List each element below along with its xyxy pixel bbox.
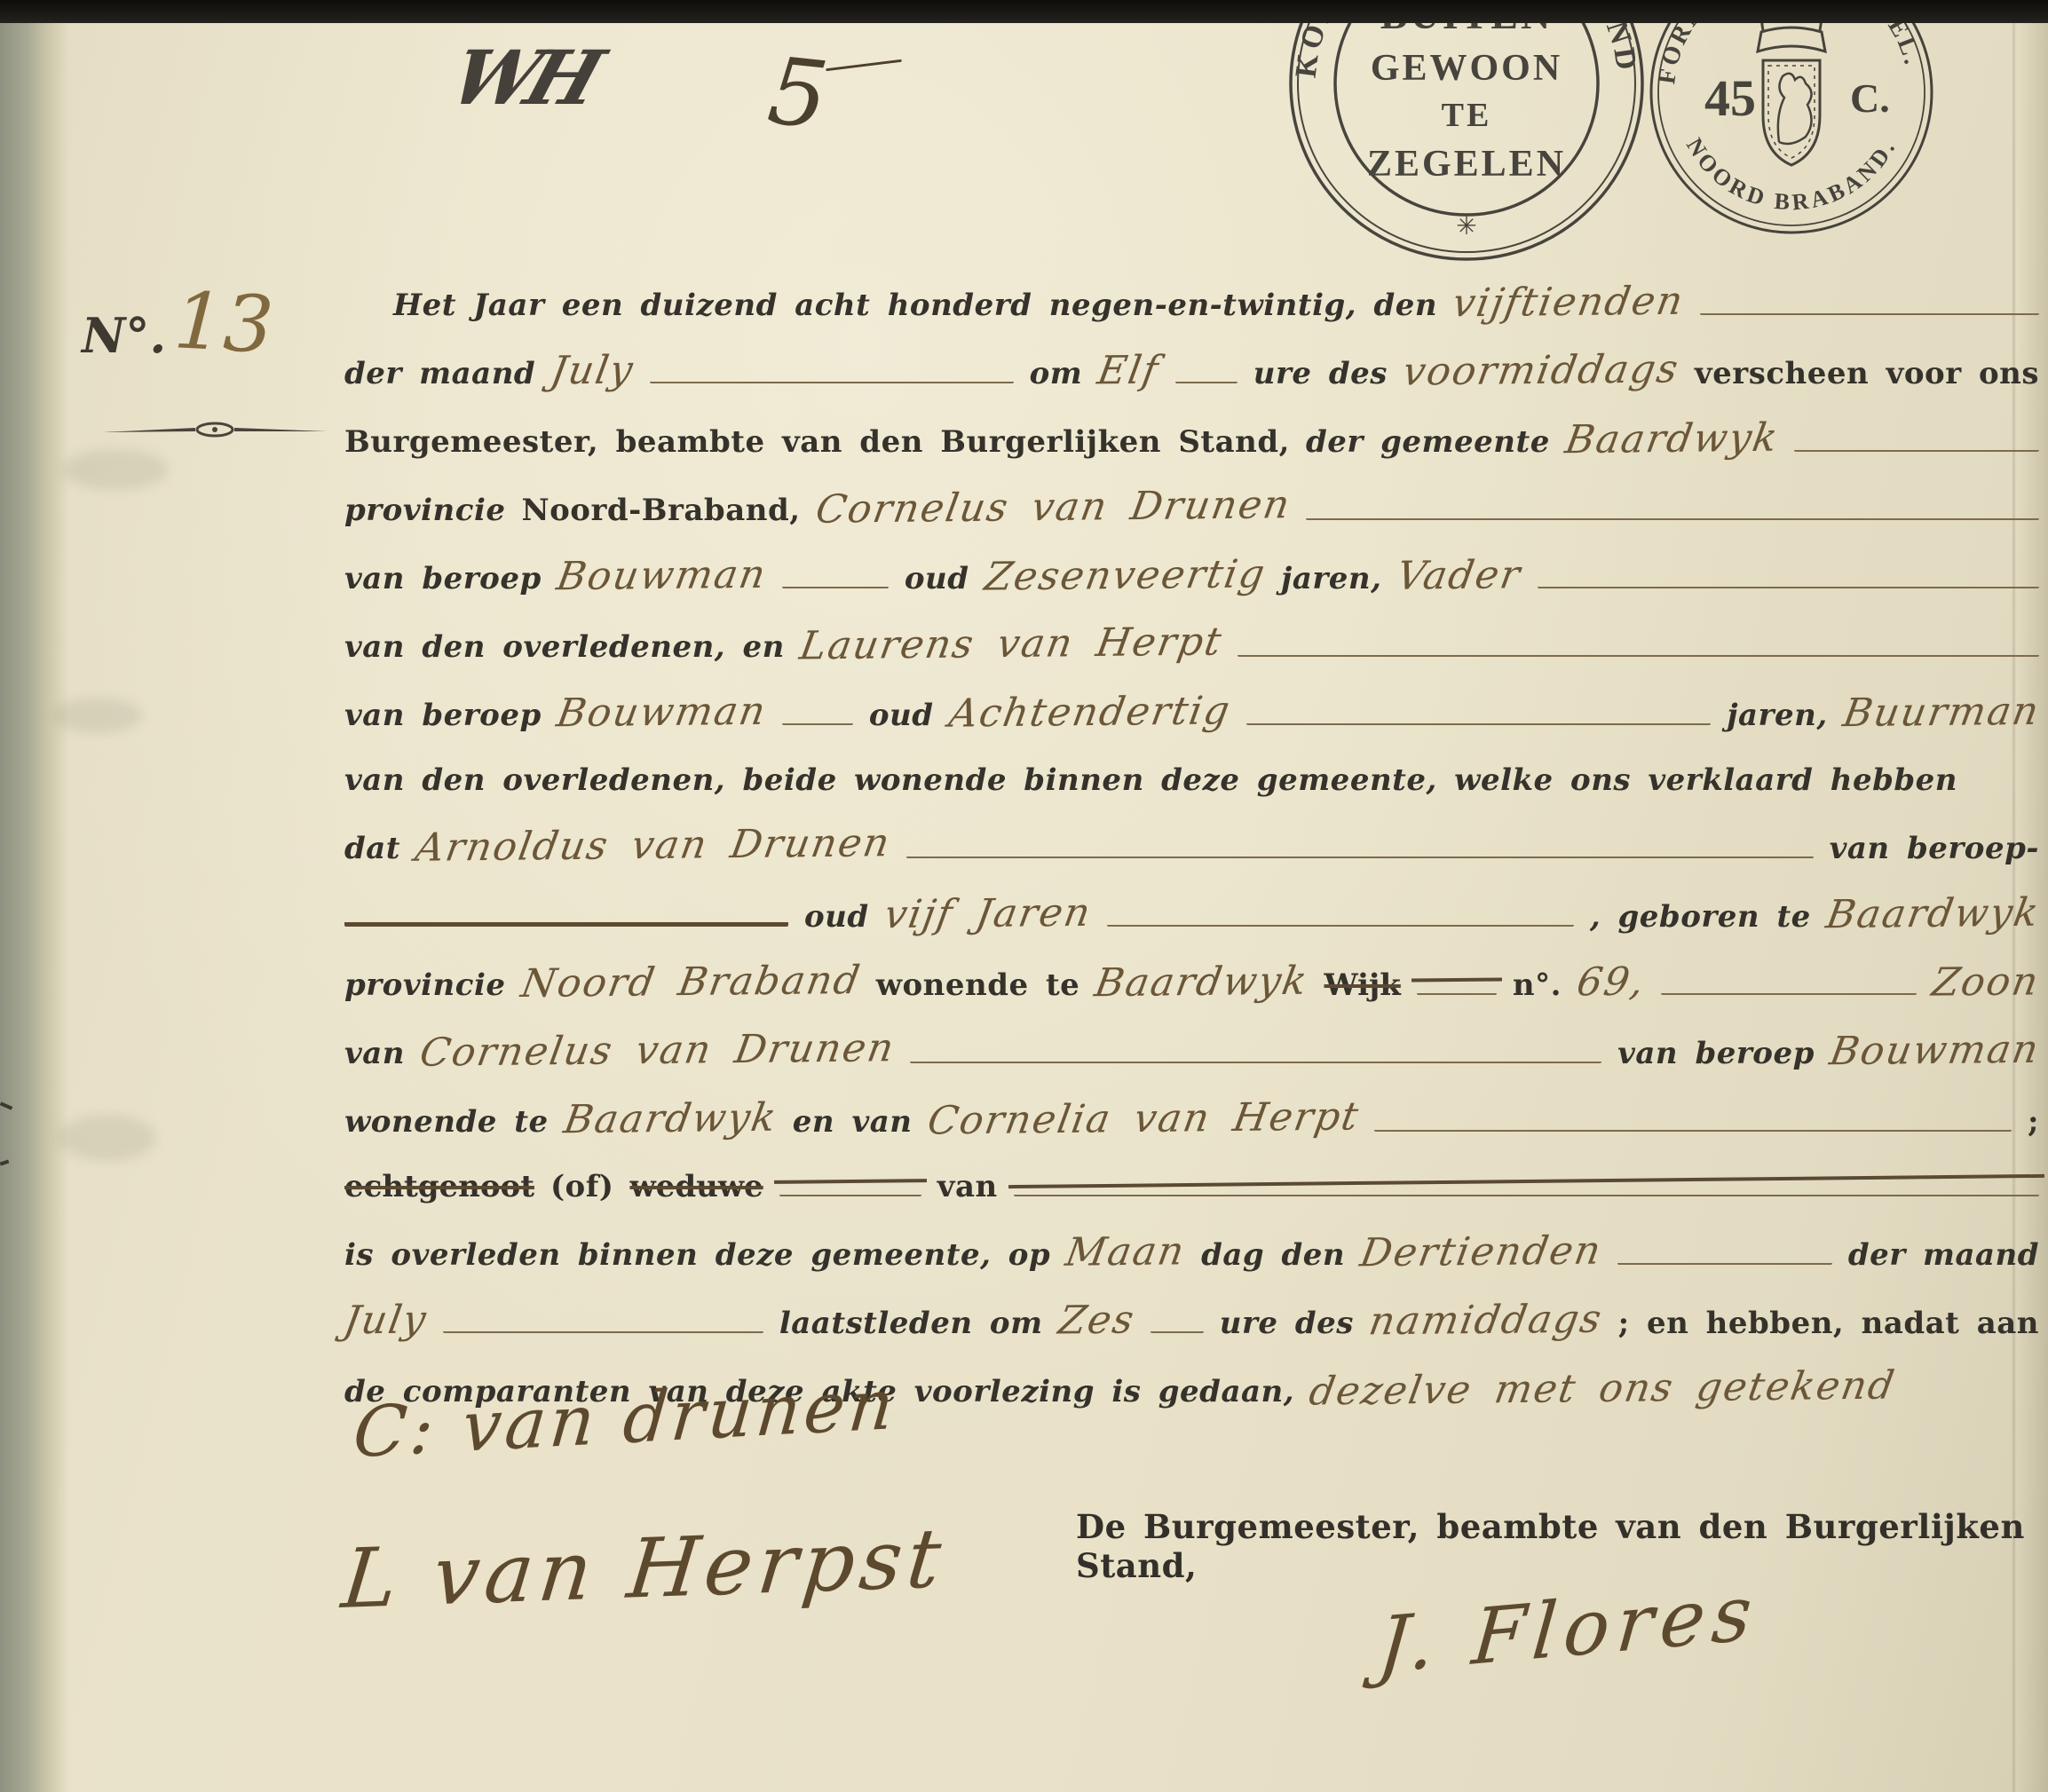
svg-text:NOORD BRABAND.: NOORD BRABAND.	[1681, 133, 1902, 215]
printed-text: verscheen voor ons	[1695, 354, 2039, 394]
handwritten-entry: dezelve met ons getekend	[1307, 1366, 1899, 1412]
scanned-death-certificate: WH 5 KONINGRYK NEDERLANDEN ✳ BUITEN	[0, 0, 2048, 1792]
printed-text: provincie	[344, 491, 506, 531]
printed-text: Het Jaar een duizend acht honderd negen-…	[393, 286, 1437, 326]
printed-text: jaren,	[1281, 559, 1381, 599]
handwritten-entry: July	[341, 1300, 431, 1341]
struck-printed-text: echtgenoot	[344, 1167, 534, 1207]
printed-text: der gemeente	[1306, 422, 1550, 462]
body-line: der maandJulyomElfure desvoormiddagsvers…	[344, 351, 2039, 394]
handwritten-entry: Bouwman	[554, 555, 770, 596]
handwritten-entry: Bouwman	[1827, 1030, 2043, 1071]
struck-blank-rule	[1014, 1184, 2039, 1196]
printed-text: van	[937, 1167, 998, 1207]
body-line: vanCornelus van Drunenvan beroepBouwman	[344, 1030, 2039, 1074]
blank-rule	[1175, 371, 1237, 383]
handwritten-entry: Noord Braband	[518, 960, 863, 1004]
handwritten-entry: Maan	[1063, 1231, 1189, 1272]
handwritten-entry: voormiddags	[1400, 349, 1682, 391]
body-line: van beroepBouwmanoudAchtendertigjaren,Bu…	[344, 692, 2039, 736]
blank-rule	[1151, 1321, 1204, 1333]
printed-text: ure des	[1220, 1304, 1354, 1344]
act-number-label: N°.	[82, 307, 166, 364]
stamp-center-line: ZEGELEN	[1367, 144, 1566, 185]
stamp-value: 45	[1704, 69, 1756, 127]
printed-text: van den overledenen, en	[344, 628, 785, 667]
body-line: wonende teBaardwyken vanCornelia van Her…	[344, 1099, 2039, 1142]
blank-rule	[1246, 713, 1712, 725]
svg-text:✳: ✳	[1456, 211, 1476, 241]
printed-text: dag den	[1201, 1235, 1345, 1275]
blank-rule	[906, 846, 1814, 858]
printed-text: provincie	[344, 966, 506, 1006]
handwritten-entry: July	[548, 351, 637, 391]
printed-text: ; en hebben, nadat aan	[1618, 1304, 2039, 1344]
page-left-edge	[0, 23, 69, 1792]
printed-text: , geboren te	[1590, 897, 1811, 937]
revenue-stamp: FORMAAT ZEGEL. NOORD BRABAND. 45	[1641, 23, 1942, 243]
printed-text: om	[1030, 354, 1083, 394]
handwritten-entry: vijftienden	[1450, 281, 1687, 324]
stamp-currency: C.	[1850, 75, 1890, 121]
handwritten-entry: vijf Jaren	[882, 893, 1095, 935]
body-line: provincieNoord-Braband,Cornelus van Drun…	[344, 487, 2039, 531]
struck-blank-rule	[1417, 983, 1497, 995]
svg-text:ZEGEL.: ZEGEL.	[1838, 23, 1927, 69]
printed-text: n°.	[1513, 966, 1562, 1006]
printed-text: van beroep	[344, 696, 542, 736]
stamp-center-line: TE	[1442, 97, 1492, 134]
struck-printed-text: Wijk	[1324, 966, 1400, 1006]
handwritten-entry: Arnoldus van Drunen	[413, 823, 894, 868]
page-number: 5	[763, 36, 834, 150]
printed-text: oud	[905, 559, 969, 599]
struck-blank-rule	[779, 1184, 921, 1196]
printed-text: wonende te	[876, 966, 1080, 1006]
stamp-center-line: GEWOON	[1371, 48, 1562, 89]
act-number: 13	[171, 274, 275, 371]
page-number-flourish	[826, 59, 902, 71]
blank-rule	[1538, 576, 2039, 588]
handwritten-entry: Laurens van Herpt	[797, 622, 1226, 667]
stamp-ornament-icon: ✳	[1456, 211, 1476, 241]
blank-rule	[910, 1051, 1601, 1063]
body-line: van den overledenen, beide wonende binne…	[344, 761, 2039, 801]
handwritten-entry: Baardwyk	[561, 1098, 780, 1141]
printed-text: jaren,	[1727, 696, 1827, 736]
printed-text: dat	[344, 829, 400, 869]
struck-printed-text: weduwe	[629, 1167, 763, 1207]
handwritten-entry: Baardwyk	[1823, 893, 2043, 935]
handwritten-entry: Baardwyk	[1562, 418, 1782, 461]
printed-text: (of)	[550, 1167, 613, 1207]
ink-smudge	[53, 698, 142, 733]
blank-rule	[1700, 303, 2039, 315]
printed-text: der maand	[344, 354, 535, 394]
printed-text: ;	[2028, 1102, 2039, 1142]
body-line: Het Jaar een duizend acht honderd negen-…	[344, 282, 2039, 326]
handwritten-entry: Vader	[1395, 555, 1525, 596]
printed-text: van beroep-	[1830, 829, 2039, 869]
handwritten-entry: 69,	[1574, 962, 1649, 1003]
handwritten-entry: Cornelus van Drunen	[812, 485, 1293, 530]
printed-text: Burgemeester, beambte van den Burgerlijk…	[344, 422, 1290, 462]
body-line: datArnoldus van Drunenvan beroep-	[344, 825, 2039, 869]
body-line: Burgemeester, beambte van den Burgerlijk…	[344, 419, 2039, 462]
printed-text: oud	[869, 696, 934, 736]
stamp-ring-bottom-text: NOORD BRABAND.	[1681, 133, 1902, 215]
body-lines: Het Jaar een duizend acht honderd negen-…	[344, 282, 2039, 1437]
stamp-center-line: BUITEN	[1380, 23, 1553, 37]
handwritten-entry: Zoon	[1929, 961, 2043, 1002]
printed-text: oud	[804, 897, 869, 937]
divider-flourish-icon	[99, 421, 330, 440]
handwritten-entry: Zesenveertig	[982, 554, 1269, 596]
handwritten-entry: Elf	[1095, 351, 1162, 391]
printed-text: der maand	[1848, 1235, 2039, 1275]
printed-text: en van	[793, 1102, 913, 1142]
printed-text: van den overledenen, beide wonende binne…	[344, 761, 1957, 801]
blank-rule	[782, 576, 889, 588]
body-line: van den overledenen, enLaurens van Herpt	[344, 624, 2039, 667]
blank-rule	[443, 1321, 763, 1333]
blank-rule	[1237, 644, 2039, 657]
lion-shield-icon	[1763, 60, 1820, 165]
handwritten-entry: Baardwyk	[1092, 961, 1311, 1004]
handwritten-entry: Zes	[1056, 1300, 1138, 1341]
blank-rule	[1794, 439, 2039, 452]
scan-top-edge	[0, 0, 2048, 23]
blank-rule	[1661, 983, 1917, 995]
witness-signature-2: L van Herpst	[338, 1511, 951, 1627]
official-title: De Burgemeester, beambte van den Burgerl…	[1076, 1507, 2048, 1585]
blank-rule	[344, 912, 788, 927]
stamp-ring-topright-text: ZEGEL.	[1838, 23, 1927, 69]
blank-rule	[1107, 914, 1574, 927]
body-line: Julylaatstleden omZesure desnamiddags; e…	[344, 1300, 2039, 1344]
printed-text: van beroep	[1617, 1034, 1815, 1074]
printed-text: is overleden binnen deze gemeente, op	[344, 1235, 1050, 1275]
blank-rule	[782, 713, 853, 725]
blank-rule	[1617, 1252, 1832, 1265]
handwritten-entry: namiddags	[1366, 1299, 1606, 1342]
document-page: WH 5 KONINGRYK NEDERLANDEN ✳ BUITEN	[0, 23, 2048, 1792]
body-line: is overleden binnen deze gemeente, opMaa…	[344, 1232, 2039, 1275]
official-signature: J. Flores	[1374, 1568, 1762, 1692]
blank-rule	[650, 371, 1014, 383]
blank-rule	[1306, 508, 2039, 520]
exemption-stamp: KONINGRYK NEDERLANDEN ✳ BUITEN GEWOON TE…	[1271, 23, 1662, 279]
ink-smudge	[62, 449, 169, 490]
handwritten-entry: Cornelia van Herpt	[924, 1096, 1362, 1141]
printed-text: wonende te	[344, 1102, 549, 1142]
clerk-monogram: WH	[440, 34, 605, 122]
printed-text: van beroep	[344, 559, 542, 599]
body-line: van beroepBouwmanoudZesenveertigjaren,Va…	[344, 556, 2039, 599]
handwritten-entry: Cornelus van Drunen	[417, 1028, 898, 1073]
ink-smudge	[59, 1115, 156, 1161]
printed-text: Noord-Braband,	[522, 491, 801, 531]
body-line: provincieNoord Brabandwonende teBaardwyk…	[344, 962, 2039, 1006]
printed-text: ure des	[1253, 354, 1388, 394]
printed-text: laatstleden om	[779, 1304, 1043, 1344]
body-line: oudvijf Jaren, geboren teBaardwyk	[344, 894, 2039, 937]
body-line: echtgenoot(of)weduwevan	[344, 1167, 2039, 1207]
printed-text: van	[344, 1034, 405, 1074]
crown-icon	[1758, 23, 1825, 51]
handwritten-entry: Buurman	[1840, 691, 2043, 733]
blank-rule	[1374, 1119, 2012, 1132]
handwritten-entry: Bouwman	[554, 691, 770, 733]
handwritten-entry: Achtendertig	[946, 691, 1234, 733]
handwritten-entry: Dertienden	[1357, 1231, 1605, 1274]
